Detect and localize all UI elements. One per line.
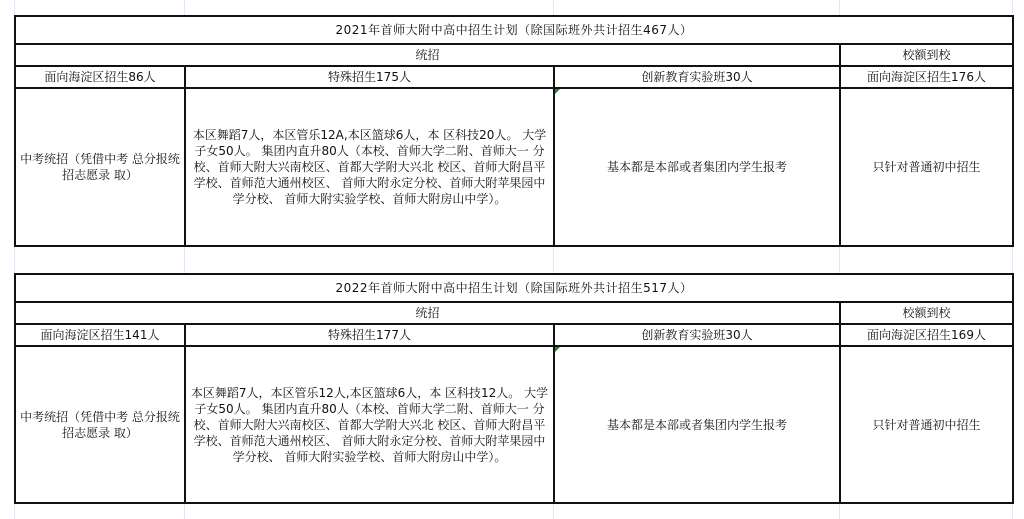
- column-header-special[interactable]: 特殊招生175人: [185, 66, 554, 88]
- column-header-innovation[interactable]: 创新教育实验班30人: [554, 324, 840, 346]
- table-title[interactable]: 2021年首师大附中高中招生计划（除国际班外共计招生467人）: [15, 16, 1013, 44]
- cell-innovation-details[interactable]: 基本都是本部或者集团内学生报考: [554, 346, 840, 503]
- column-header-row: 面向海淀区招生86人 特殊招生175人 创新教育实验班30人 面向海淀区招生17…: [15, 66, 1013, 88]
- section-quota-header[interactable]: 校额到校: [840, 302, 1013, 324]
- admission-plan-table-2021: 2021年首师大附中高中招生计划（除国际班外共计招生467人） 统招 校额到校 …: [14, 15, 1014, 247]
- cell-special-details[interactable]: 本区舞蹈7人，本区管乐12人,本区篮球6人，本 区科技12人。 大学子女50人。…: [185, 346, 554, 503]
- cell-quota-details[interactable]: 只针对普通初中招生: [840, 88, 1013, 246]
- cell-unified-exam[interactable]: 中考统招（凭借中考 总分报统招志愿录 取）: [15, 346, 185, 503]
- cell-innovation-text: 基本都是本部或者集团内学生报考: [607, 160, 787, 174]
- comment-marker-icon: [555, 347, 560, 352]
- section-unified-header[interactable]: 统招: [15, 44, 840, 66]
- cell-innovation-details[interactable]: 基本都是本部或者集团内学生报考: [554, 88, 840, 246]
- detail-row: 中考统招（凭借中考 总分报统招志愿录 取） 本区舞蹈7人，本区管乐12人,本区篮…: [15, 346, 1013, 503]
- admission-plan-table-2022: 2022年首师大附中高中招生计划（除国际班外共计招生517人） 统招 校额到校 …: [14, 273, 1014, 504]
- comment-marker-icon: [555, 89, 560, 94]
- column-header-quota[interactable]: 面向海淀区招生169人: [840, 324, 1013, 346]
- cell-innovation-text: 基本都是本部或者集团内学生报考: [607, 418, 787, 432]
- section-row: 统招 校额到校: [15, 302, 1013, 324]
- column-header-row: 面向海淀区招生141人 特殊招生177人 创新教育实验班30人 面向海淀区招生1…: [15, 324, 1013, 346]
- detail-row: 中考统招（凭借中考 总分报统招志愿录 取） 本区舞蹈7人，本区管乐12A,本区篮…: [15, 88, 1013, 246]
- cell-special-details[interactable]: 本区舞蹈7人，本区管乐12A,本区篮球6人，本 区科技20人。 大学子女50人。…: [185, 88, 554, 246]
- column-header-quota[interactable]: 面向海淀区招生176人: [840, 66, 1013, 88]
- cell-quota-details[interactable]: 只针对普通初中招生: [840, 346, 1013, 503]
- title-row: 2022年首师大附中高中招生计划（除国际班外共计招生517人）: [15, 274, 1013, 302]
- column-header-haidian[interactable]: 面向海淀区招生141人: [15, 324, 185, 346]
- column-header-innovation[interactable]: 创新教育实验班30人: [554, 66, 840, 88]
- section-quota-header[interactable]: 校额到校: [840, 44, 1013, 66]
- table-title[interactable]: 2022年首师大附中高中招生计划（除国际班外共计招生517人）: [15, 274, 1013, 302]
- section-unified-header[interactable]: 统招: [15, 302, 840, 324]
- column-header-haidian[interactable]: 面向海淀区招生86人: [15, 66, 185, 88]
- column-header-special[interactable]: 特殊招生177人: [185, 324, 554, 346]
- section-row: 统招 校额到校: [15, 44, 1013, 66]
- title-row: 2021年首师大附中高中招生计划（除国际班外共计招生467人）: [15, 16, 1013, 44]
- cell-unified-exam[interactable]: 中考统招（凭借中考 总分报统招志愿录 取）: [15, 88, 185, 246]
